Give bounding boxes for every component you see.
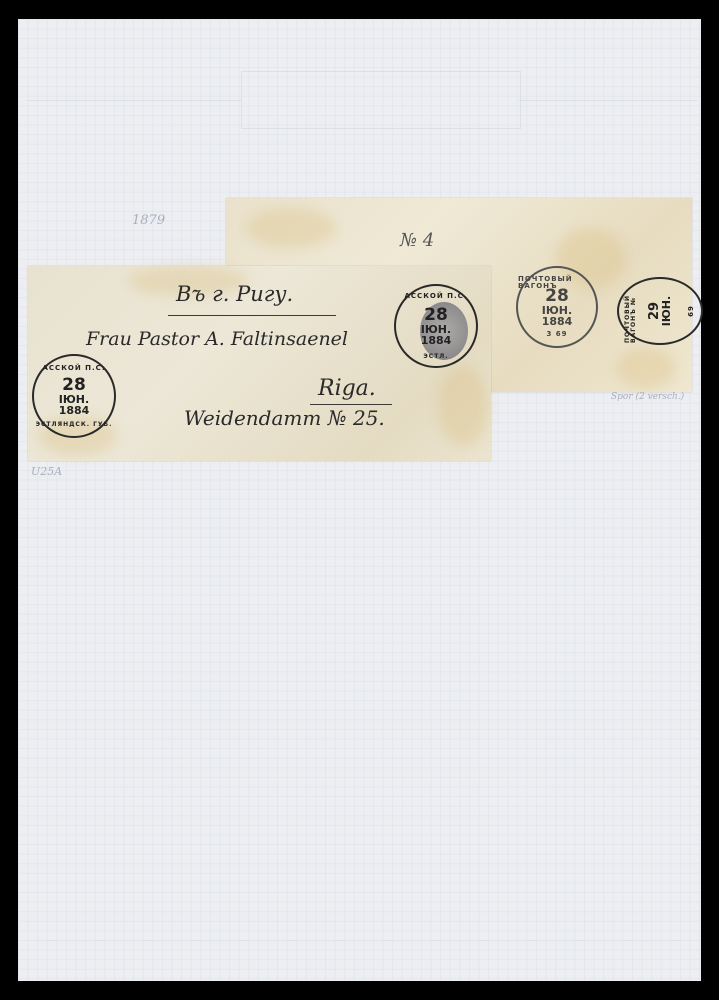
address-line: Riga. bbox=[318, 376, 376, 401]
address-line: Въ г. Ригу. bbox=[176, 282, 293, 306]
title-box bbox=[241, 71, 521, 129]
address-line: Frau Pastor A. Faltinsaenel bbox=[86, 328, 348, 350]
rule-line bbox=[36, 940, 683, 941]
year-note: 1879 bbox=[132, 213, 165, 228]
album-page bbox=[18, 19, 701, 981]
postmark: ПОЧТОВЫЙ ВАГОНЪ № 29 ІЮН. 69 bbox=[617, 277, 703, 345]
front-envelope: Въ г. Ригу. Frau Pastor A. Faltinsaenel … bbox=[28, 266, 491, 461]
rule-line bbox=[26, 100, 241, 101]
address-line: Weidendamm № 25. bbox=[184, 406, 385, 430]
postmark: АССКОЙ П.С. 28 ІЮН. 1884 ЭСТЛЯНДСК. ГУБ. bbox=[32, 354, 116, 438]
catalog-ref-note: U25A bbox=[31, 465, 62, 478]
back-note: Spor (2 versch.) bbox=[611, 392, 684, 402]
rule-line bbox=[519, 100, 697, 101]
number-note: № 4 bbox=[400, 230, 434, 251]
stamp-indicium-postmark: АССКОЙ П.С. 28 ІЮН. 1884 ЭСТЛ. bbox=[394, 284, 478, 368]
postmark: ПОЧТОВЫЙ ВАГОНЪ 28 ІЮН. 1884 3 69 bbox=[516, 266, 598, 348]
